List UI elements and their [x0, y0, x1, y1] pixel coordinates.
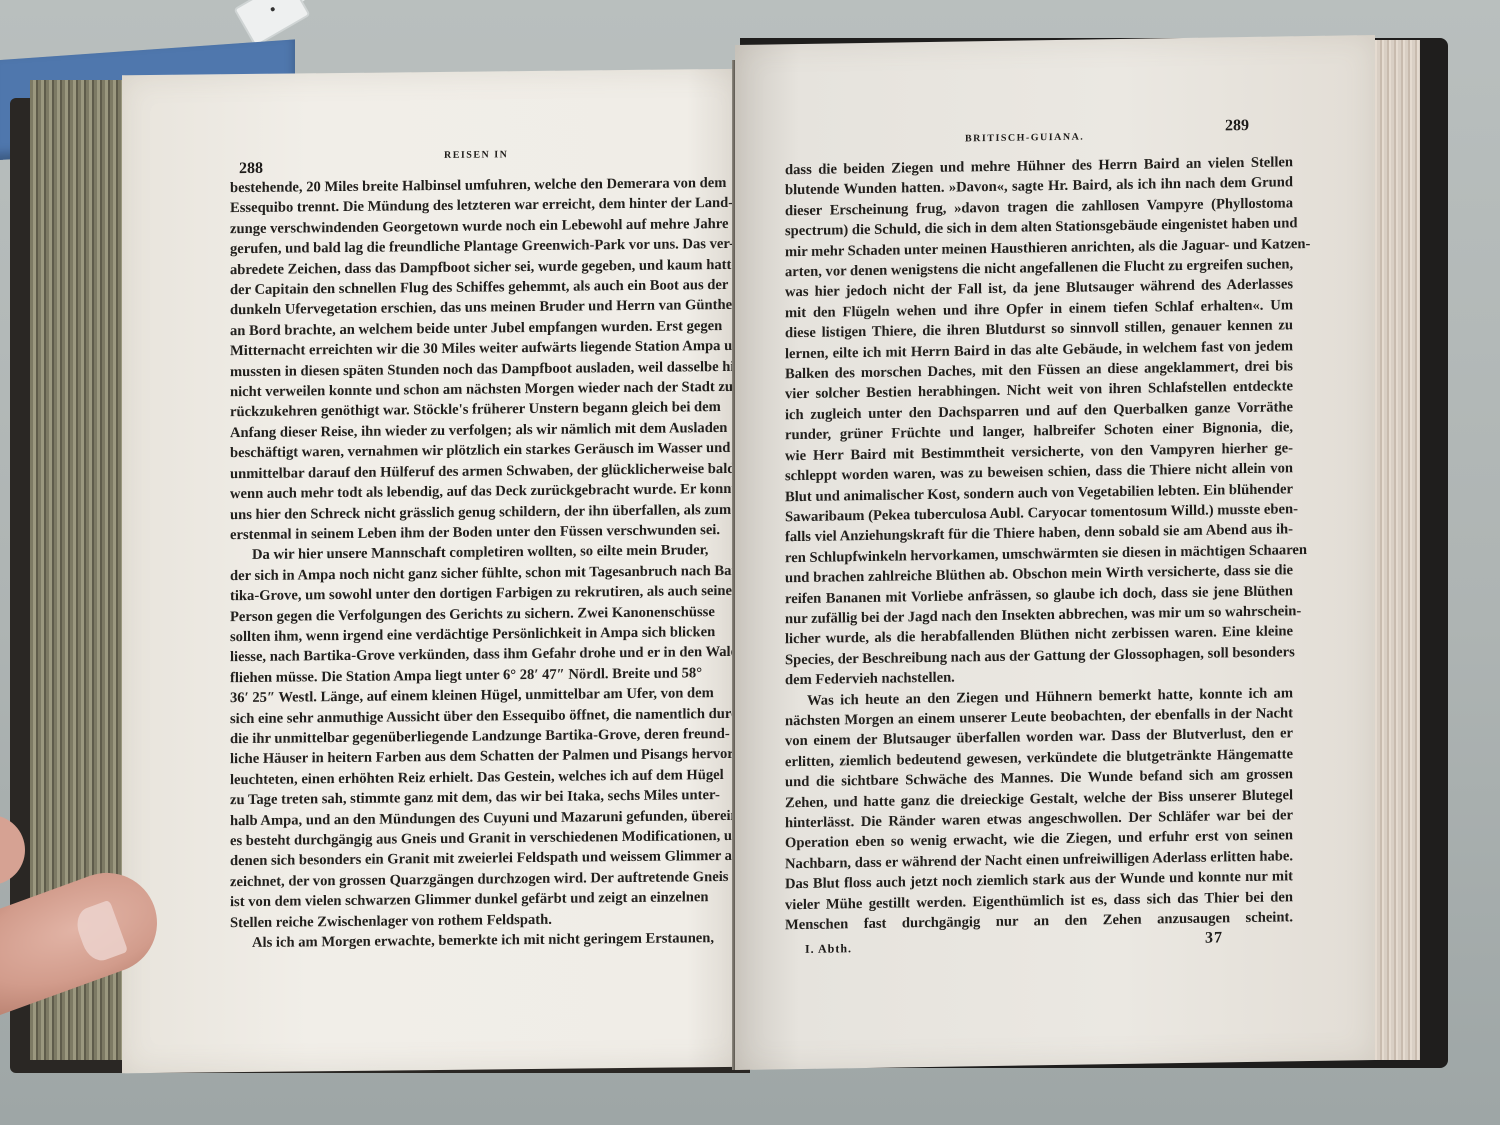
signature-number: 37 [1205, 929, 1223, 947]
left-page-body: bestehende, 20 Miles breite Halbinsel um… [230, 173, 692, 953]
page-edges-right [1370, 40, 1420, 1060]
signature-mark: I. Abth. [805, 941, 852, 957]
text-line: Als ich am Morgen erwachte, bemerkte ich… [230, 928, 692, 953]
page-number-right: 289 [1225, 117, 1249, 135]
running-head-left: REISEN IN [444, 149, 508, 161]
running-head-right: BRITISCH-GUIANA. [965, 132, 1084, 145]
right-page: BRITISCH-GUIANA. 289 dass die beiden Zie… [735, 35, 1375, 1070]
right-page-body: dass die beiden Ziegen und mehre Hühner … [785, 152, 1293, 935]
left-page: 288 REISEN IN bestehende, 20 Miles breit… [122, 69, 750, 1074]
page-number-left: 288 [239, 160, 263, 178]
